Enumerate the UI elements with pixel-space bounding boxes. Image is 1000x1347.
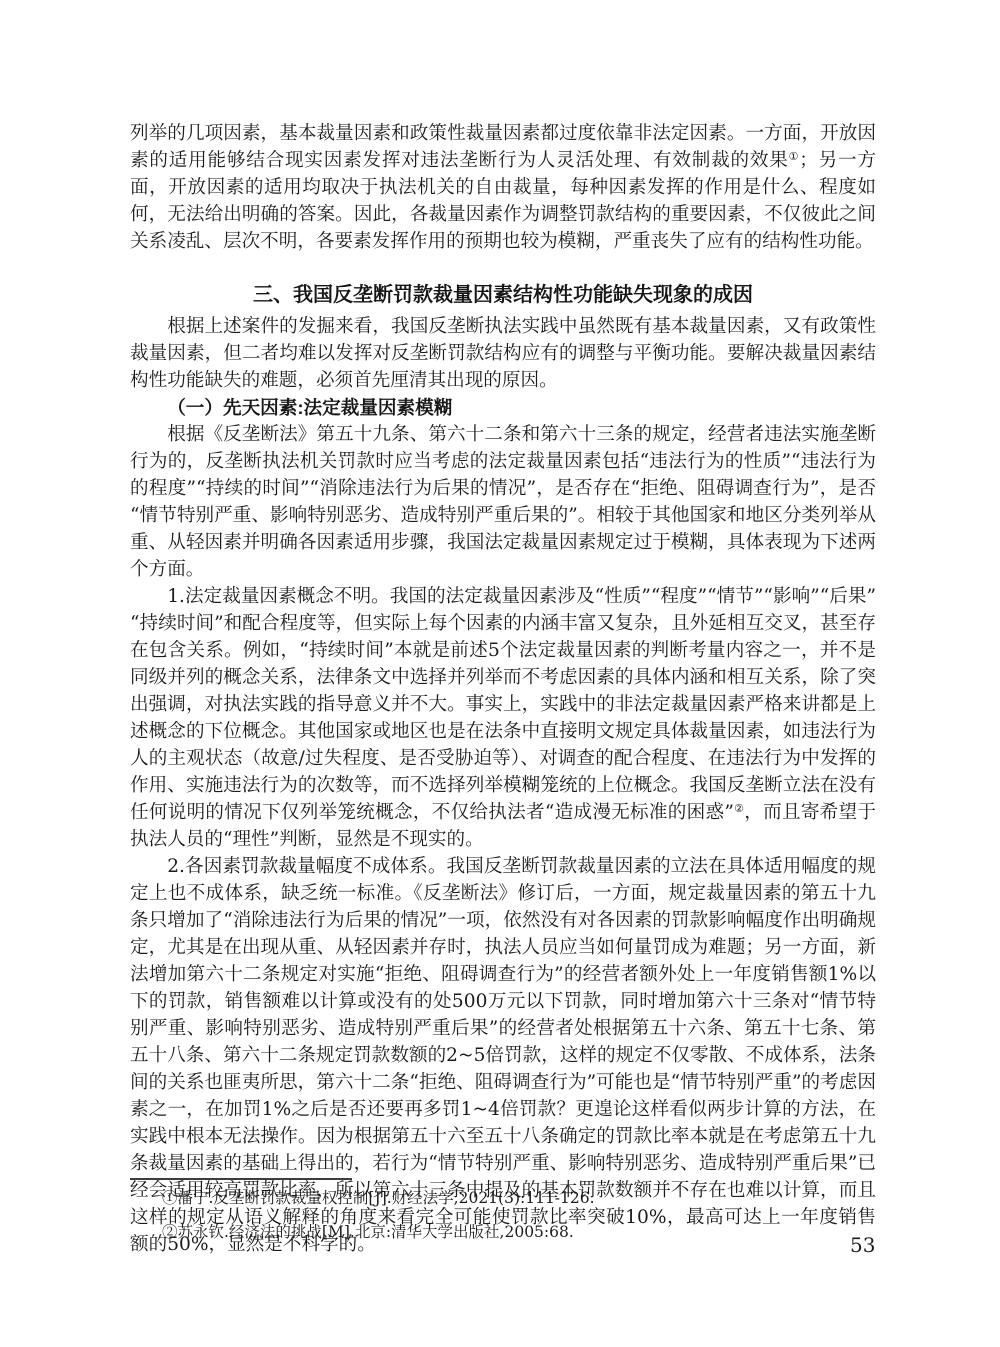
document-page: 列举的几项因素，基本裁量因素和政策性裁量因素都过度依靠非法定因素。一方面，开放因… (0, 0, 1000, 1347)
paragraph: 根据《反垄断法》第五十九条、第六十二条和第六十三条的规定，经营者违法实施垄断行为… (130, 421, 876, 583)
footnote-divider (130, 1178, 352, 1180)
footnotes-section: ①潘宁.反垄断罚款裁量权控制[J].财经法学,2021(3):111-126. … (130, 1178, 876, 1248)
page-content: 列举的几项因素，基本裁量因素和政策性裁量因素都过度依靠非法定因素。一方面，开放因… (130, 120, 876, 1258)
footnote-1: ①潘宁.反垄断罚款裁量权控制[J].财经法学,2021(3):111-126. (130, 1183, 876, 1214)
footnote-ref-2: ② (734, 802, 744, 815)
paragraph: 1.法定裁量因素概念不明。我国的法定裁量因素涉及“性质”“程度”“情节”“影响”… (130, 583, 876, 853)
footnote-2: ②苏永钦.经济法的挑战[M].北京:清华大学出版社,2005:68. (130, 1217, 876, 1248)
paragraph-text: 1.法定裁量因素概念不明。我国的法定裁量因素涉及“性质”“程度”“情节”“影响”… (130, 586, 876, 823)
paragraph: 根据上述案件的发掘来看，我国反垄断执法实践中虽然既有基本裁量因素，又有政策性裁量… (130, 313, 876, 394)
subsection-heading: （一）先天因素:法定裁量因素模糊 (130, 394, 876, 421)
paragraph-continuation: 列举的几项因素，基本裁量因素和政策性裁量因素都过度依靠非法定因素。一方面，开放因… (130, 120, 876, 255)
page-number: 53 (850, 1233, 875, 1257)
section-heading: 三、我国反垄断罚款裁量因素结构性功能缺失现象的成因 (130, 280, 876, 310)
paragraph-text: 列举的几项因素，基本裁量因素和政策性裁量因素都过度依靠非法定因素。一方面，开放因… (130, 123, 876, 171)
footnote-ref-1: ① (789, 150, 800, 163)
